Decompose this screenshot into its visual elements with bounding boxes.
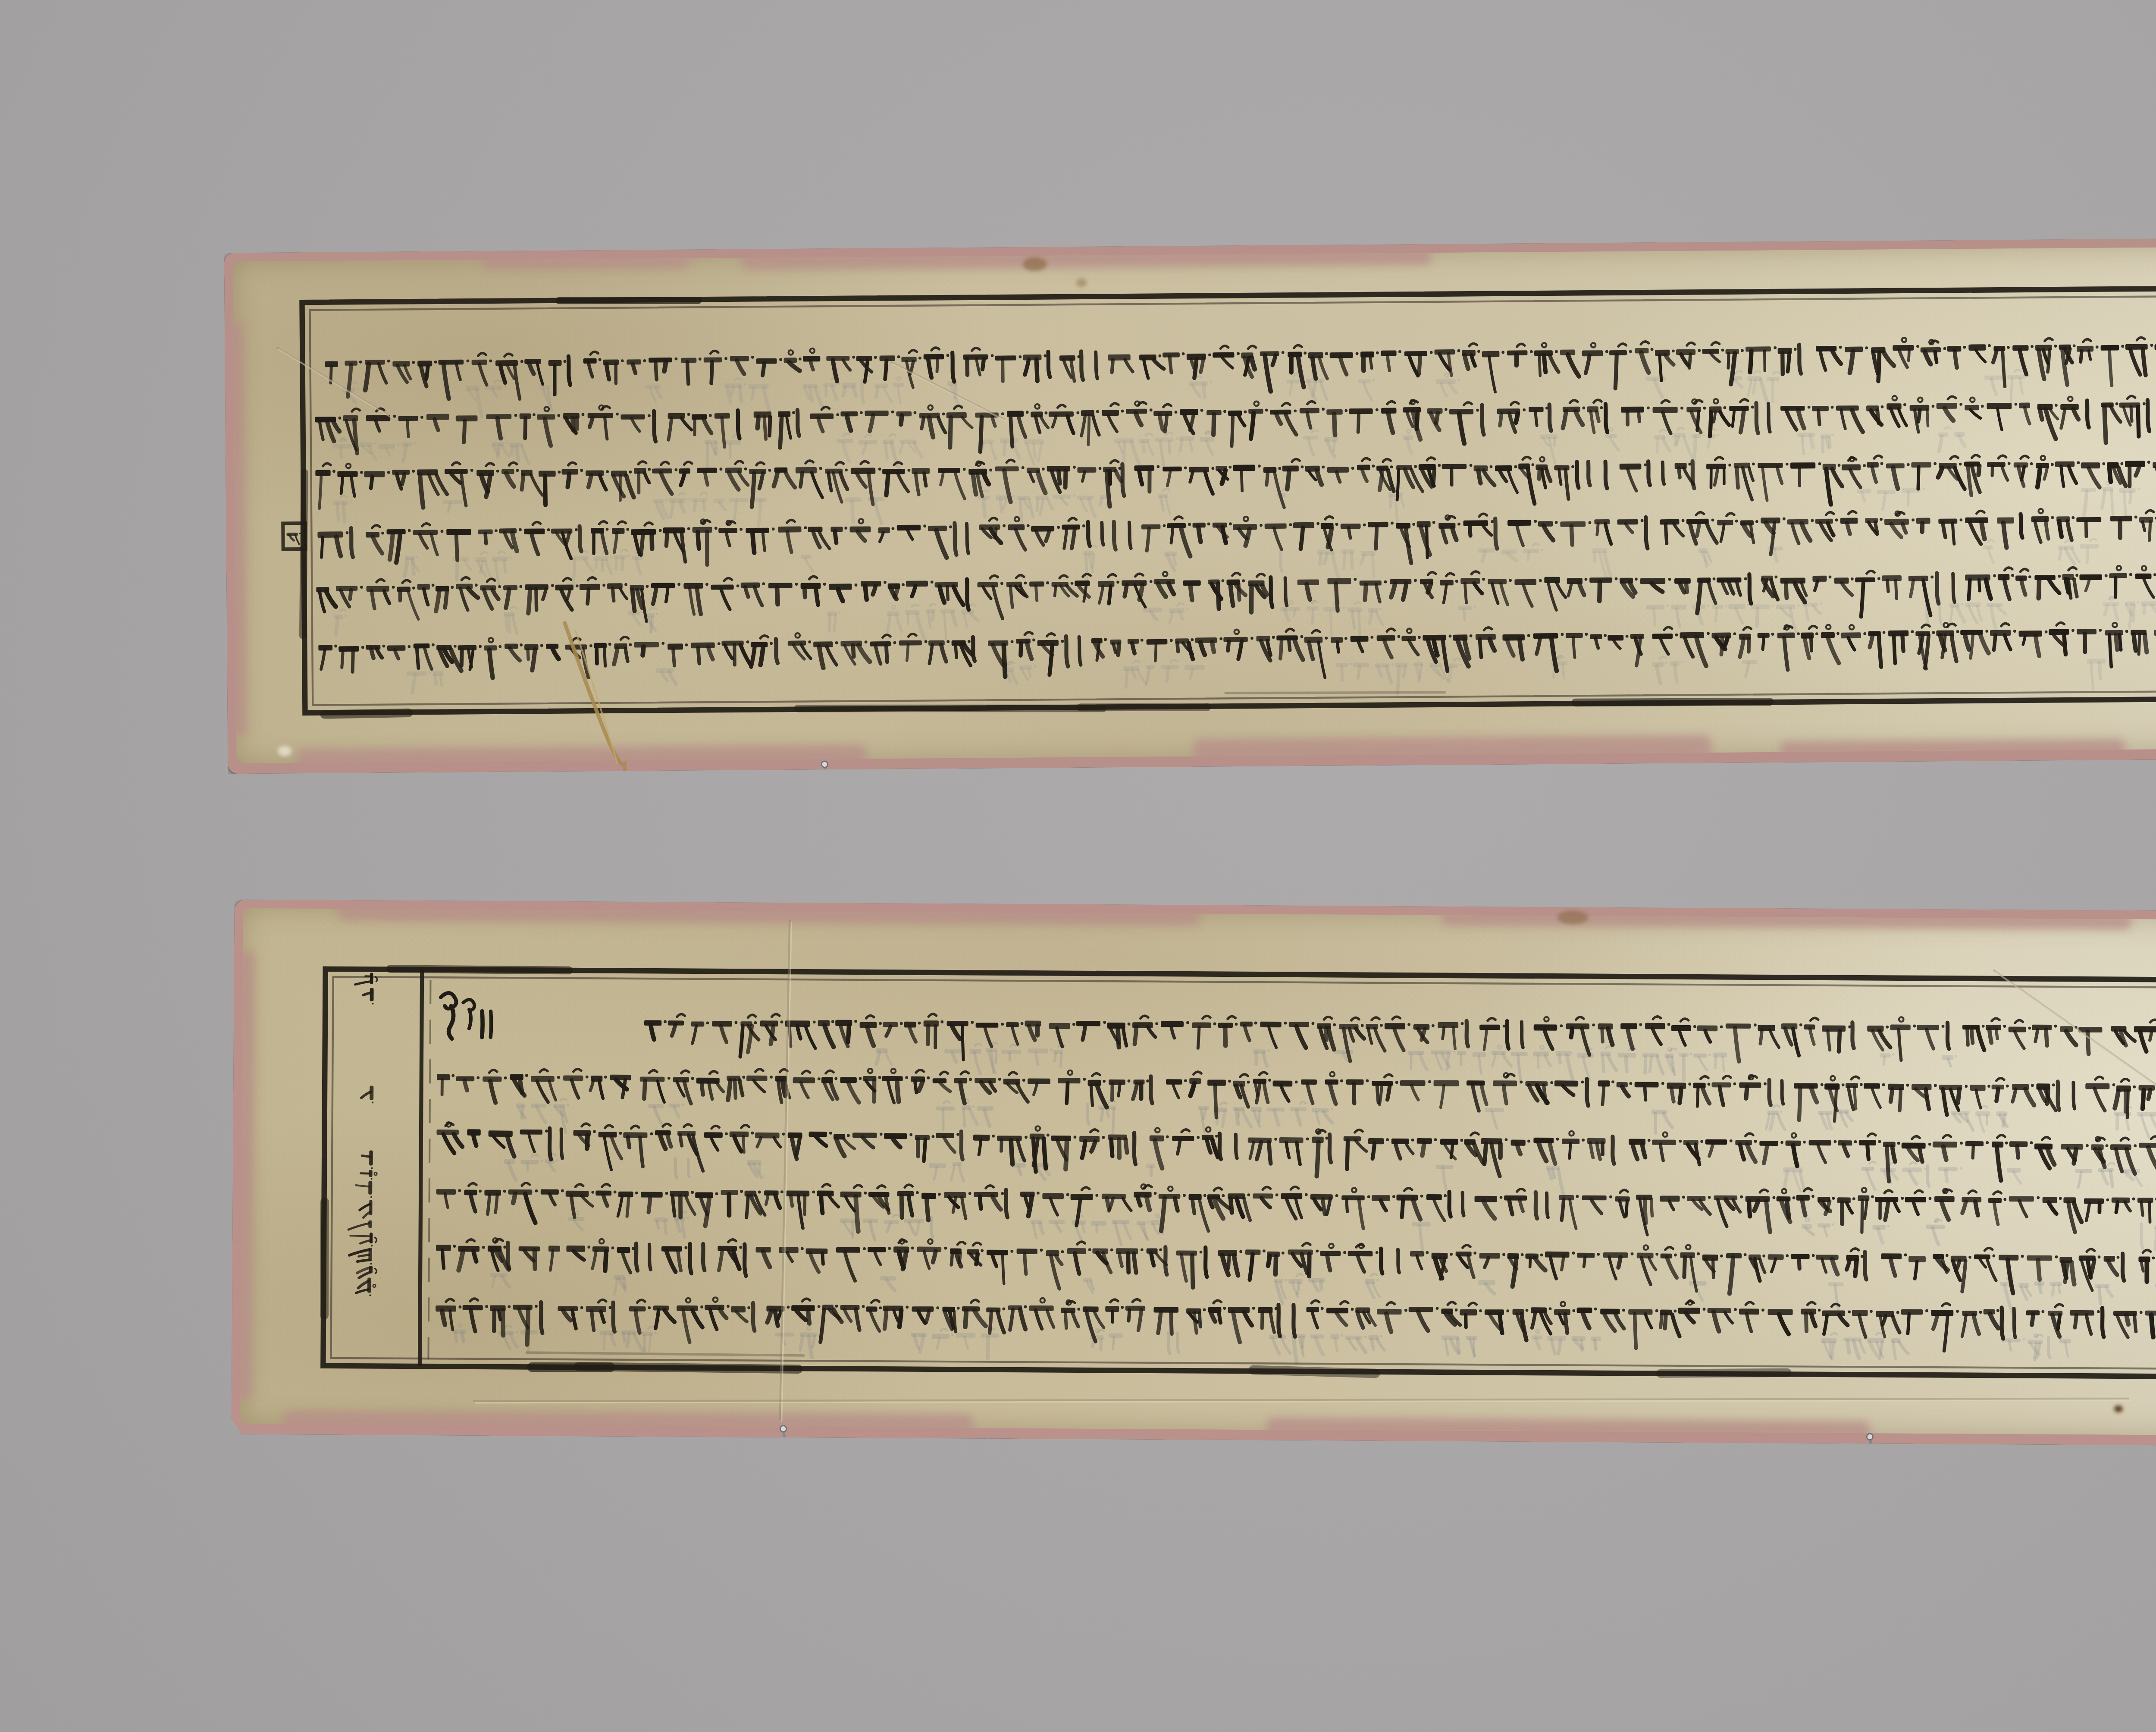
stain	[1076, 279, 1087, 287]
text-line-2	[315, 393, 2156, 457]
text-line-3	[315, 453, 2156, 513]
text-line-5	[316, 565, 2156, 626]
margin-title-vertical-text	[348, 973, 378, 1296]
crease-line	[780, 920, 792, 1422]
text-line-1	[325, 335, 2156, 403]
offset-smudge-band	[486, 673, 2038, 684]
manuscript-leaf-upper	[224, 237, 2156, 774]
stain	[2114, 1406, 2123, 1412]
paper-chip	[278, 746, 291, 756]
photograph	[0, 0, 2156, 1732]
text-line-4	[317, 507, 2156, 572]
crease-line	[473, 1389, 2131, 1412]
leaf-artwork-lower	[231, 900, 2156, 1447]
text-line-4	[436, 1181, 2156, 1238]
pin-icon	[821, 761, 828, 775]
yig-mgo-opening-mark-icon	[441, 993, 492, 1039]
leaf-artwork-upper	[224, 237, 2156, 774]
text-line-1	[644, 1013, 2156, 1064]
text-line-5	[436, 1236, 2156, 1298]
margin-divider	[420, 970, 430, 1366]
pin-icon	[1867, 1434, 1873, 1448]
manuscript-leaf-lower	[231, 900, 2156, 1447]
text-line-3	[436, 1121, 2156, 1184]
crease-line	[276, 347, 391, 418]
edge-tint	[228, 241, 2156, 772]
